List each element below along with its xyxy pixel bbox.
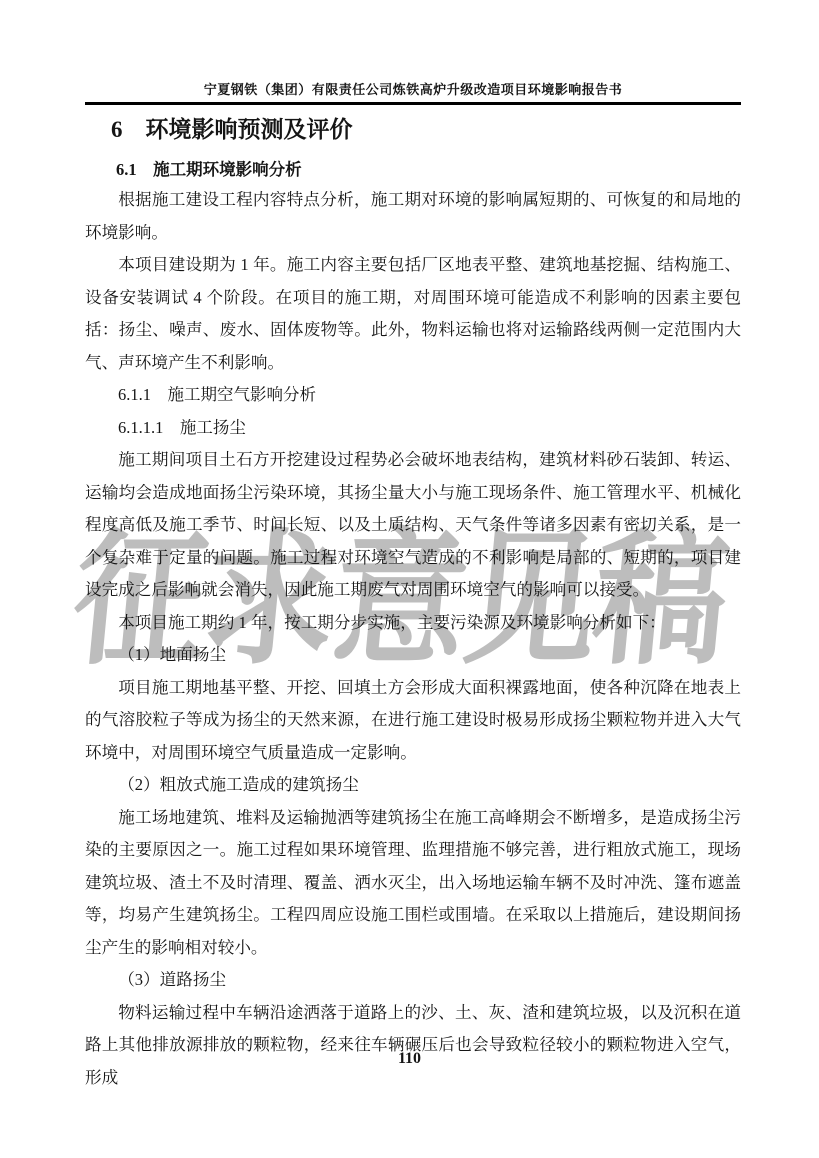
paragraph: 项目施工期地基平整、开挖、回填土方会形成大面积裸露地面，使各种沉降在地表上的气溶… [85,672,741,770]
running-header-title: 宁夏钢铁（集团）有限责任公司炼铁高炉升级改造项目环境影响报告书 [85,82,741,97]
paragraph: 施工期间项目土石方开挖建设过程势必会破坏地表结构，建筑材料砂石装卸、转运、运输均… [85,444,741,607]
subsubsection-heading: 6.1.1.1 施工扬尘 [85,412,741,445]
document-page: 征求意见稿 宁夏钢铁（集团）有限责任公司炼铁高炉升级改造项目环境影响报告书 6 … [0,0,819,1158]
chapter-heading: 6 环境影响预测及评价 [111,113,741,147]
paragraph: 物料运输过程中车辆沿途洒落于道路上的沙、土、灰、渣和建筑垃圾，以及沉积在道路上其… [85,997,741,1095]
paragraph: 本项目建设期为 1 年。施工内容主要包括厂区地表平整、建筑地基挖掘、结构施工、设… [85,249,741,379]
paragraph: 本项目施工期约 1 年，按工期分步实施，主要污染源及环境影响分析如下： [85,607,741,640]
subsection-heading: 6.1.1 施工期空气影响分析 [85,379,741,412]
list-item-heading: （2）粗放式施工造成的建筑扬尘 [85,769,741,802]
paragraph: 施工场地建筑、堆料及运输抛洒等建筑扬尘在施工高峰期会不断增多，是造成扬尘污染的主… [85,802,741,965]
header-rule [85,102,741,105]
page-number: 110 [0,1050,819,1068]
page-content: 宁夏钢铁（集团）有限责任公司炼铁高炉升级改造项目环境影响报告书 6 环境影响预测… [85,82,741,1094]
paragraph: 根据施工建设工程内容特点分析，施工期对环境的影响属短期的、可恢复的和局地的环境影… [85,184,741,249]
list-item-heading: （3）道路扬尘 [85,964,741,997]
list-item-heading: （1）地面扬尘 [85,639,741,672]
section-heading: 6.1 施工期环境影响分析 [116,158,741,182]
